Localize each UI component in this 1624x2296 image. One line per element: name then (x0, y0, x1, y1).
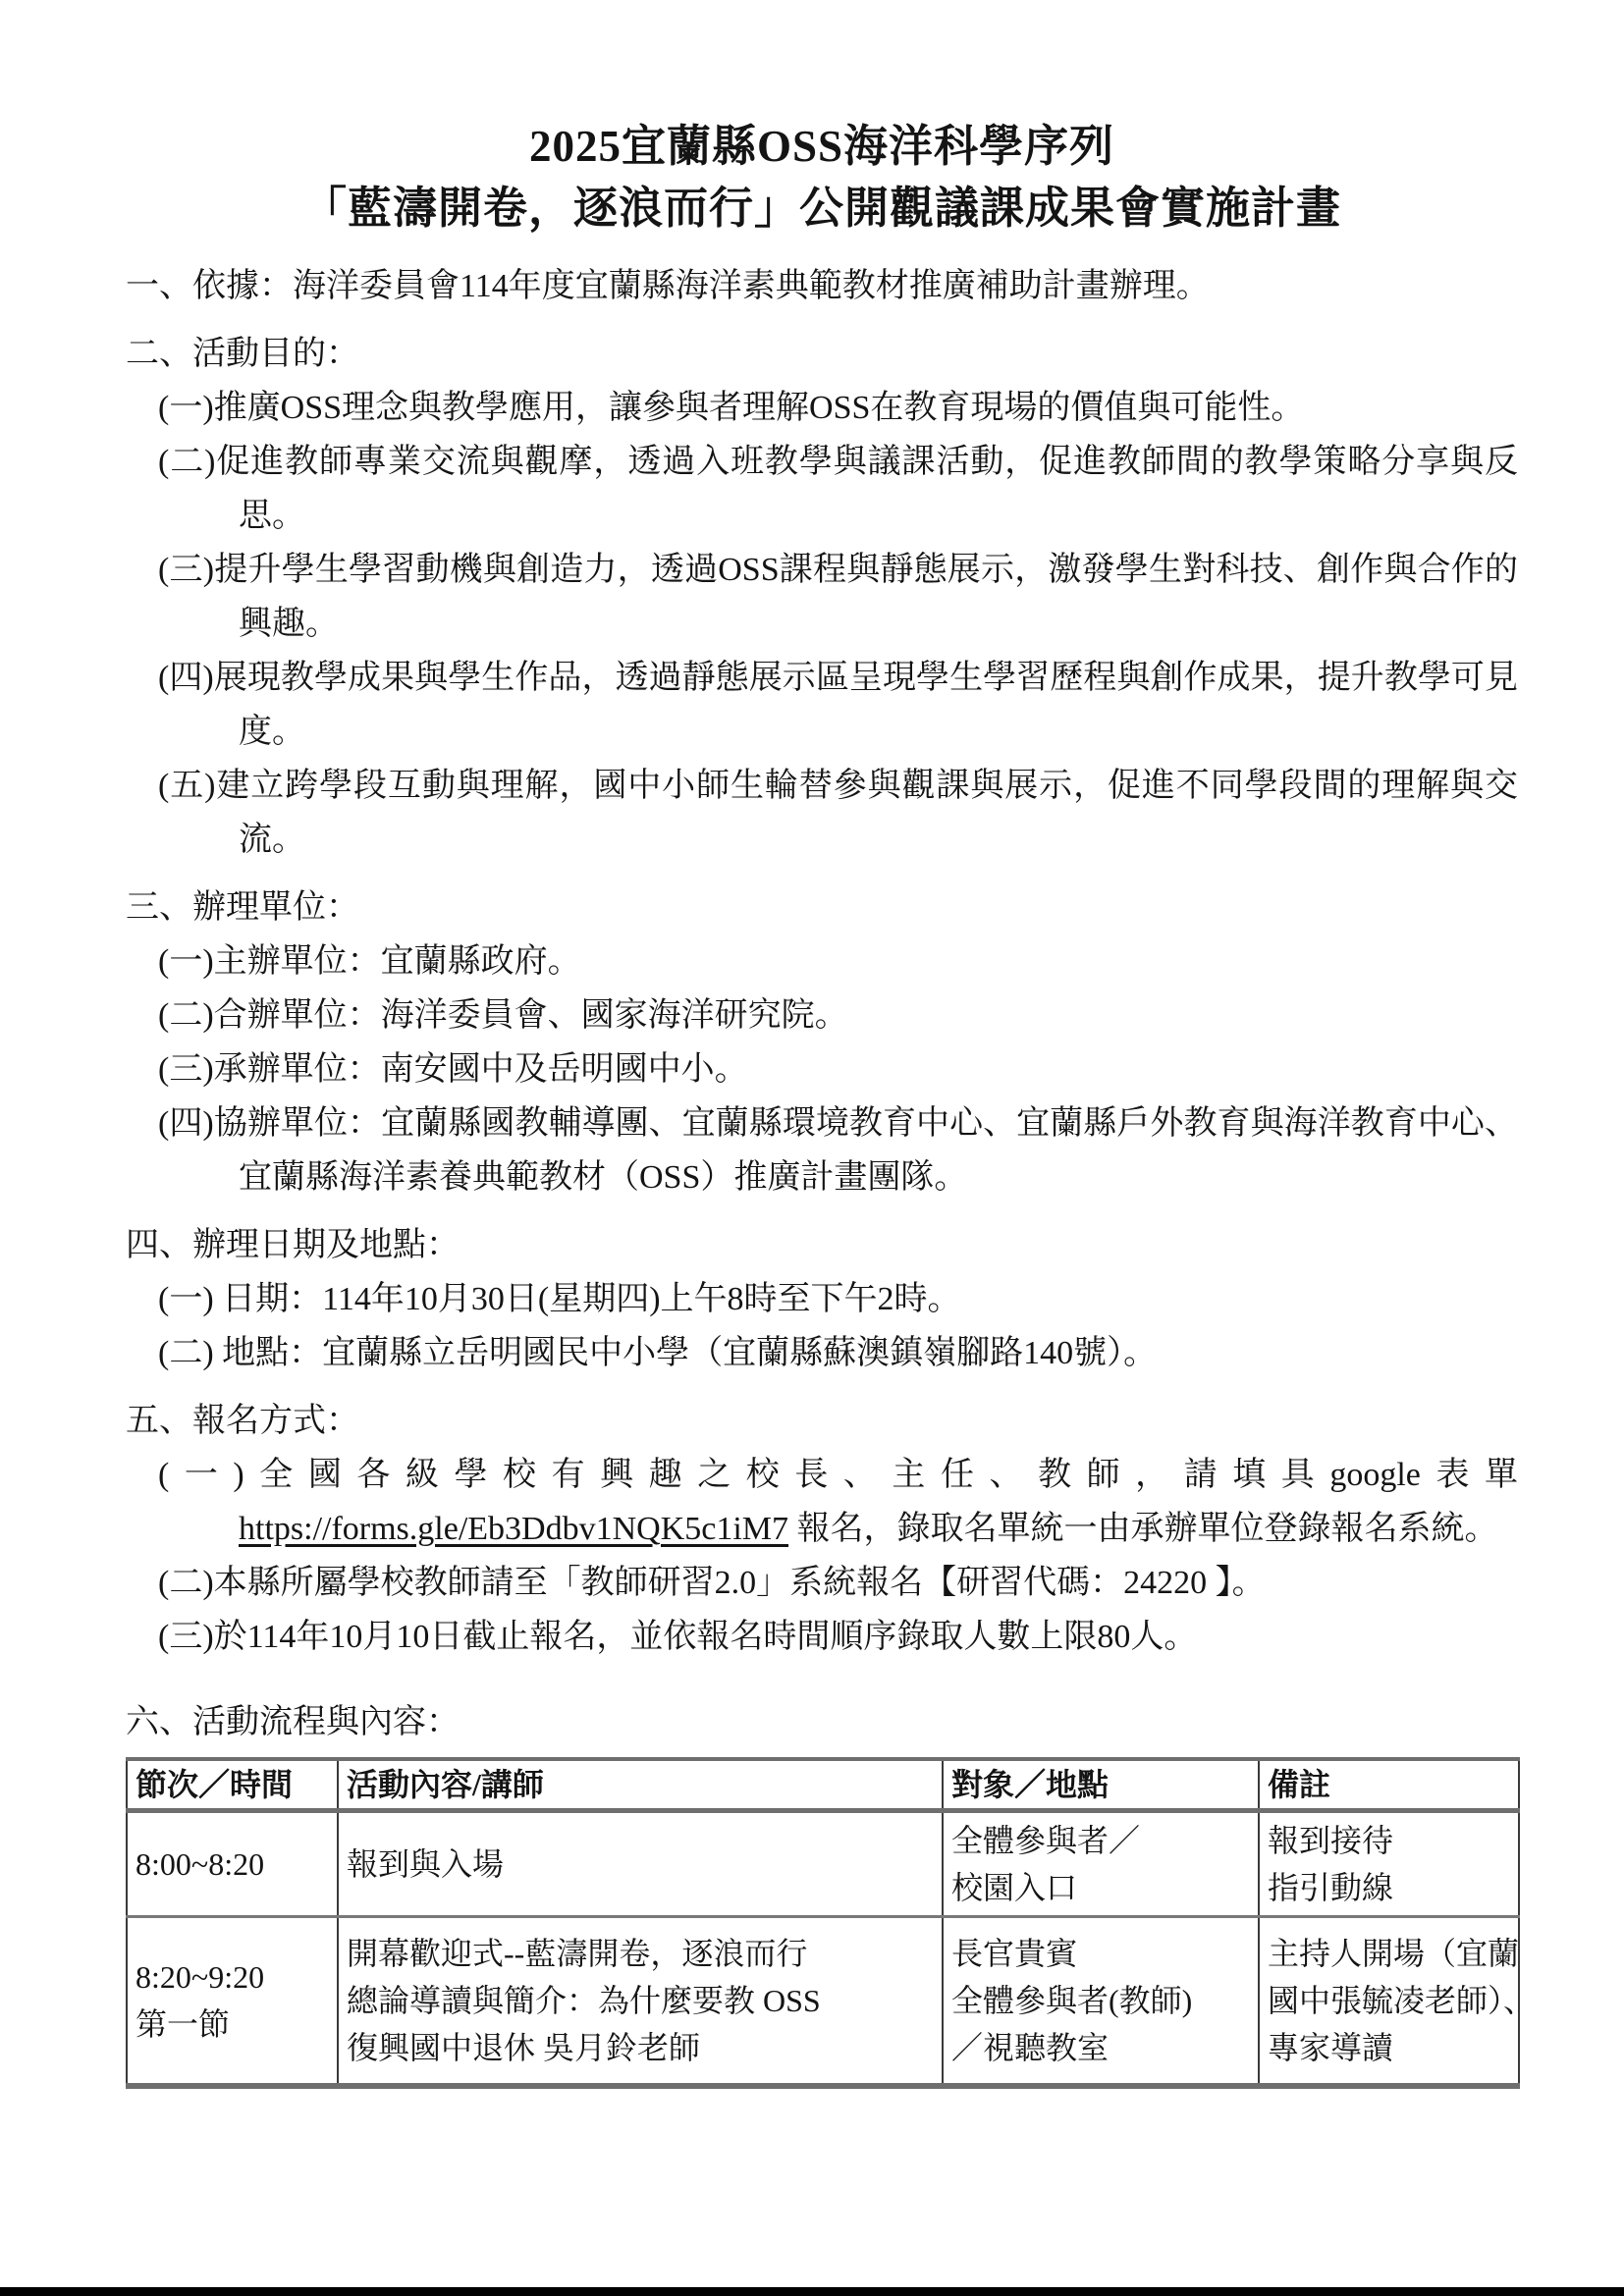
schedule-cell-line: ／視聽教室 (951, 2024, 1250, 2071)
google-form-url: https://forms.gle/Eb3Ddbv1NQK5c1iM7 (239, 1511, 788, 1547)
doc-paragraph: (二) 地點：宜蘭縣立岳明國民中小學（宜蘭縣蘇澳鎮嶺腳路140號）。 (126, 1326, 1518, 1380)
schedule-cell: 全體參與者／校園入口 (943, 1811, 1259, 1917)
schedule-cell: 報到接待指引動線 (1259, 1811, 1519, 1917)
schedule-row: 8:00~8:20報到與入場全體參與者／校園入口報到接待指引動線 (127, 1811, 1519, 1917)
schedule-table: 節次／時間活動內容/講師對象／地點備註 8:00~8:20報到與入場全體參與者／… (126, 1757, 1520, 2089)
doc-paragraph: 二、活動目的： (126, 327, 1518, 381)
schedule-cell-line: 報到與入場 (347, 1841, 934, 1888)
schedule-cell-line: 總論導讀與簡介：為什麼要教 OSS (347, 1977, 934, 2024)
schedule-cell-line: 指引動線 (1268, 1864, 1510, 1911)
schedule-cell: 8:20~9:20第一節 (127, 1917, 338, 2086)
schedule-cell-line: 全體參與者(教師) (951, 1977, 1250, 2024)
schedule-cell-line: 全體參與者／ (951, 1817, 1250, 1864)
doc-paragraph: (二)本縣所屬學校教師請至「教師研習2.0」系統報名【研習代碼：24220 】。 (126, 1556, 1518, 1610)
doc-paragraph: (二)促進教師專業交流與觀摩，透過入班教學與議課活動，促進教師間的教學策略分享與… (126, 435, 1518, 543)
doc-paragraph: (三)承辦單位：南安國中及岳明國中小。 (126, 1042, 1518, 1096)
schedule-column-header: 活動內容/講師 (338, 1759, 943, 1811)
schedule-column-header: 備註 (1259, 1759, 1519, 1811)
doc-paragraph: (三)於114年10月10日截止報名，並依報名時間順序錄取人數上限80人。 (126, 1610, 1518, 1664)
schedule-column-header: 對象／地點 (943, 1759, 1259, 1811)
doc-paragraph: (一)推廣OSS理念與教學應用，讓參與者理解OSS在教育現場的價值與可能性。 (126, 381, 1518, 435)
doc-paragraph: 四、辦理日期及地點： (126, 1218, 1518, 1272)
doc-paragraph: (一) 日期：114年10月30日(星期四)上午8時至下午2時。 (126, 1272, 1518, 1326)
schedule-column-header: 節次／時間 (127, 1759, 338, 1811)
doc-paragraph: (三)提升學生學習動機與創造力，透過OSS課程與靜態展示，激發學生對科技、創作與… (126, 543, 1518, 651)
document-content: 2025宜蘭縣OSS海洋科學序列 「藍濤開卷，逐浪而行」公開觀議課成果會實施計畫… (126, 0, 1518, 2089)
doc-paragraph: 五、報名方式： (126, 1394, 1518, 1448)
schedule-cell-line: 開幕歡迎式--藍濤開卷，逐浪而行 (347, 1930, 934, 1977)
schedule-cell: 長官貴賓全體參與者(教師)／視聽教室 (943, 1917, 1259, 2086)
doc-paragraph: (四)展現教學成果與學生作品，透過靜態展示區呈現學生學習歷程與創作成果，提升教學… (126, 651, 1518, 759)
doc-paragraph: 一、依據：海洋委員會114年度宜蘭縣海洋素典範教材推廣補助計畫辦理。 (126, 259, 1518, 313)
schedule-cell-line: 主持人開場（宜蘭 (1268, 1930, 1510, 1977)
schedule-cell-line: 報到接待 (1268, 1817, 1510, 1864)
document-title-line1: 2025宜蘭縣OSS海洋科學序列 (126, 116, 1518, 178)
schedule-cell: 主持人開場（宜蘭國中張毓凌老師）、專家導讀 (1259, 1917, 1519, 2086)
doc-paragraph: (五)建立跨學段互動與理解，國中小師生輪替參與觀課與展示，促進不同學段間的理解與… (126, 759, 1518, 867)
doc-paragraph: (一)主辦單位：宜蘭縣政府。 (126, 934, 1518, 988)
schedule-row: 8:20~9:20第一節開幕歡迎式--藍濤開卷，逐浪而行總論導讀與簡介：為什麼要… (127, 1917, 1519, 2086)
schedule-cell-line: 長官貴賓 (951, 1930, 1250, 1977)
scan-edge-artifact (0, 2287, 1624, 2296)
schedule-cell-line: 復興國中退休 吳月鈴老師 (347, 2024, 934, 2071)
doc-paragraph: (一)全國各級學校有興趣之校長、主任、教師，請填具google表單https:/… (126, 1448, 1518, 1556)
document-body: 一、依據：海洋委員會114年度宜蘭縣海洋素典範教材推廣補助計畫辦理。二、活動目的… (126, 259, 1518, 1749)
doc-paragraph: 六、活動流程與內容： (126, 1695, 1518, 1749)
schedule-cell: 8:00~8:20 (127, 1811, 338, 1917)
doc-paragraph: 三、辦理單位： (126, 881, 1518, 934)
schedule-cell: 開幕歡迎式--藍濤開卷，逐浪而行總論導讀與簡介：為什麼要教 OSS復興國中退休 … (338, 1917, 943, 2086)
schedule-cell-line: 校園入口 (951, 1864, 1250, 1911)
schedule-cell-line: 8:00~8:20 (135, 1841, 329, 1888)
schedule-cell-line: 專家導讀 (1268, 2024, 1510, 2071)
document-title-line2: 「藍濤開卷，逐浪而行」公開觀議課成果會實施計畫 (126, 178, 1518, 240)
scanned-document-page: 2025宜蘭縣OSS海洋科學序列 「藍濤開卷，逐浪而行」公開觀議課成果會實施計畫… (0, 0, 1624, 2296)
schedule-cell: 報到與入場 (338, 1811, 943, 1917)
doc-paragraph: (四)協辦單位：宜蘭縣國教輔導團、宜蘭縣環境教育中心、宜蘭縣戶外教育與海洋教育中… (126, 1096, 1518, 1204)
schedule-header-row: 節次／時間活動內容/講師對象／地點備註 (127, 1759, 1519, 1811)
schedule-cell-line: 8:20~9:20 (135, 1953, 329, 2001)
schedule-cell-line: 國中張毓凌老師）、 (1268, 1977, 1510, 2024)
schedule-cell-line: 第一節 (135, 2001, 329, 2048)
doc-paragraph: (二)合辦單位：海洋委員會、國家海洋研究院。 (126, 988, 1518, 1042)
